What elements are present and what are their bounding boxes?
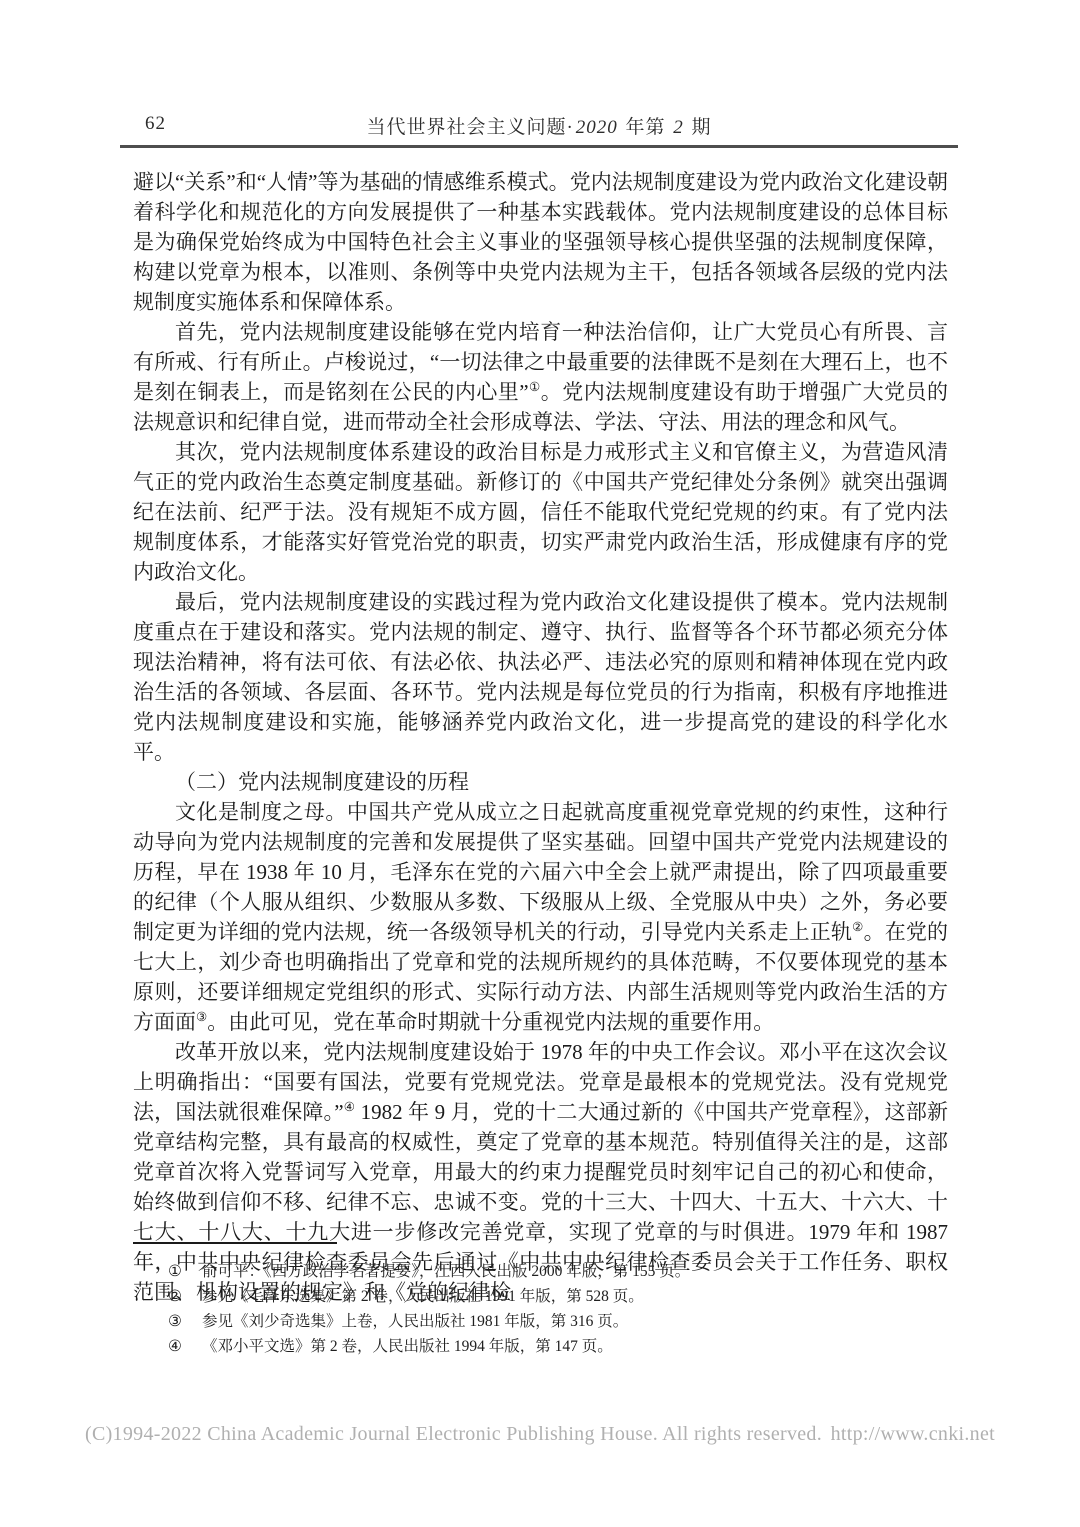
- page-header: 62 当代世界社会主义问题·2020 年第 2 期: [120, 112, 958, 138]
- body-paragraph: 避以“关系”和“人情”等为基础的情感维系模式。党内法规制度建设为党内政治文化建设…: [133, 167, 948, 317]
- footnote-marker: ②: [168, 1284, 202, 1309]
- footnote-marker: ①: [168, 1259, 202, 1284]
- footnote-text: 《邓小平文选》第 2 卷，人民出版社 1994 年版，第 147 页。: [202, 1334, 948, 1359]
- footnote-text: 参见《刘少奇选集》上卷，人民出版社 1981 年版，第 316 页。: [202, 1309, 948, 1334]
- header-rule: [120, 145, 958, 148]
- footnote: ② 参见《毛泽东选集》第 2 卷，人民出版社 1991 年版，第 528 页。: [133, 1284, 948, 1309]
- footnote: ③ 参见《刘少奇选集》上卷，人民出版社 1981 年版，第 316 页。: [133, 1309, 948, 1334]
- page-number: 62: [145, 113, 166, 135]
- journal-title: 当代世界社会主义问题·2020 年第 2 期: [120, 112, 958, 139]
- journal-issue-suffix: 期: [686, 117, 712, 138]
- journal-issue-number: 2: [671, 117, 686, 138]
- body-paragraph: 最后，党内法规制度建设的实践过程为党内政治文化建设提供了模本。党内法规制度重点在…: [133, 587, 948, 767]
- footnotes-block: ① 俞可平：《西方政治学名著提要》，江西人民出版 2000 年版，第 155 页…: [133, 1242, 948, 1359]
- footnote-marker: ④: [168, 1334, 202, 1359]
- section-heading: （二）党内法规制度建设的历程: [133, 767, 948, 797]
- footnote-marker: ③: [168, 1309, 202, 1334]
- journal-year: 2020: [574, 117, 620, 138]
- footnote-text: 参见《毛泽东选集》第 2 卷，人民出版社 1991 年版，第 528 页。: [202, 1284, 948, 1309]
- journal-name: 当代世界社会主义问题·: [366, 117, 573, 138]
- cnki-url: http://www.cnki.net: [831, 1423, 995, 1446]
- copyright-watermark: (C)1994-2022 China Academic Journal Elec…: [85, 1423, 822, 1446]
- article-body: 避以“关系”和“人情”等为基础的情感维系模式。党内法规制度建设为党内政治文化建设…: [133, 167, 948, 1307]
- page-footer: (C)1994-2022 China Academic Journal Elec…: [85, 1423, 995, 1446]
- journal-page: 62 当代世界社会主义问题·2020 年第 2 期 避以“关系”和“人情”等为基…: [0, 0, 1080, 1527]
- body-paragraph: 其次，党内法规制度体系建设的政治目标是力戒形式主义和官僚主义，为营造风清气正的党…: [133, 437, 948, 587]
- footnote-text: 俞可平：《西方政治学名著提要》，江西人民出版 2000 年版，第 155 页。: [202, 1259, 948, 1284]
- footnote: ④ 《邓小平文选》第 2 卷，人民出版社 1994 年版，第 147 页。: [133, 1334, 948, 1359]
- body-paragraph: 首先，党内法规制度建设能够在党内培育一种法治信仰，让广大党员心有所畏、言有所戒、…: [133, 317, 948, 437]
- body-paragraph: 文化是制度之母。中国共产党从成立之日起就高度重视党章党规的约束性，这种行动导向为…: [133, 797, 948, 1037]
- footnote-separator-rule: [133, 1242, 337, 1244]
- journal-issue-label: 年第: [620, 117, 672, 138]
- footnote: ① 俞可平：《西方政治学名著提要》，江西人民出版 2000 年版，第 155 页…: [133, 1259, 948, 1284]
